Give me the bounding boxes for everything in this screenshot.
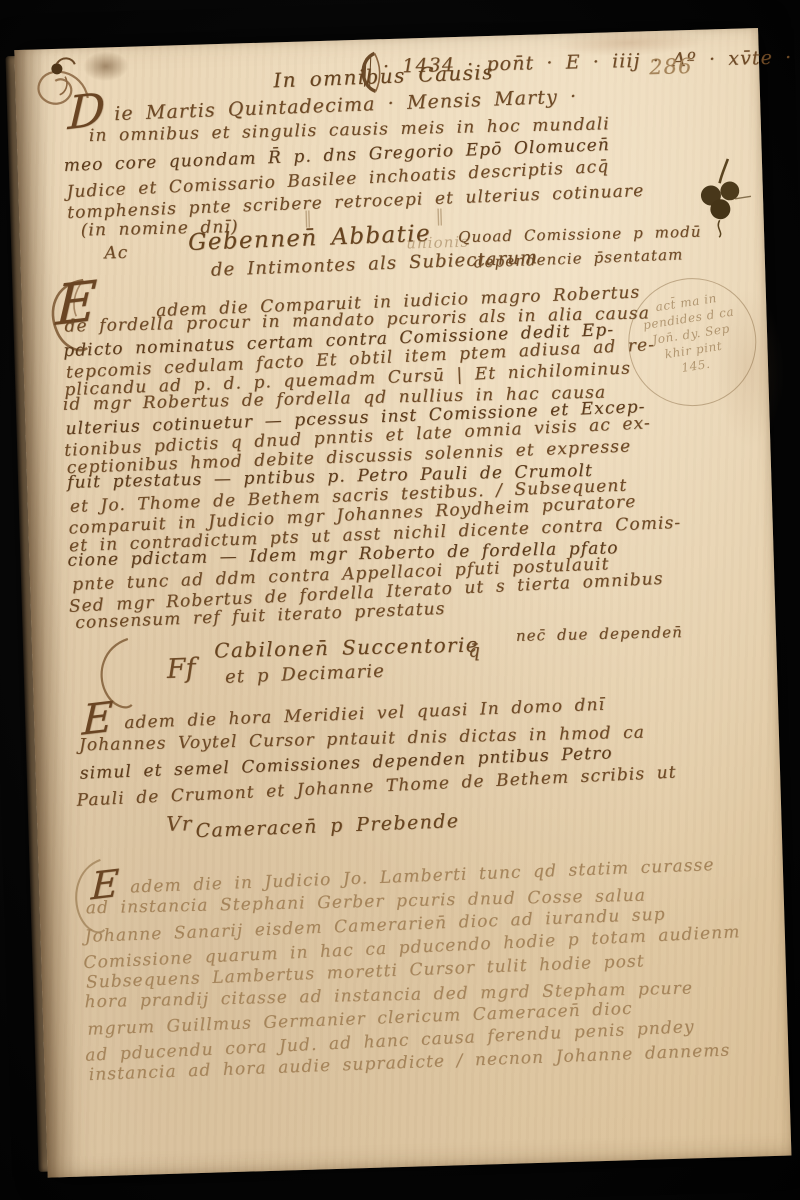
section-title-cabilonen: Cabilonen̄ Succentorie bbox=[214, 632, 479, 662]
folio-number: 286 bbox=[649, 54, 693, 79]
circled-margin-note: act̄ ma in pendides d ca Jon̄. dy. Sep k… bbox=[619, 269, 765, 415]
margin-letter: Vr bbox=[166, 811, 193, 836]
section-subtitle: et p Decimarie bbox=[225, 661, 386, 688]
section-title-in-omnibus-causis: In omnibus Causis bbox=[273, 60, 494, 92]
side-note-line: Quoad Comissione p modū bbox=[458, 223, 702, 247]
margin-letter: Ff bbox=[166, 653, 196, 685]
side-note-line: nec̄ due dependen̄ bbox=[516, 623, 683, 645]
margin-letter: Ac bbox=[104, 243, 128, 264]
slash-mark: ‖ bbox=[435, 206, 445, 226]
side-note-bracket: q̄ bbox=[468, 640, 481, 661]
manuscript-page: · 1434 · pon̄t · E · iiij · Aº · xv̄te ·… bbox=[14, 28, 791, 1178]
manuscript-photo: · 1434 · pon̄t · E · iiij · Aº · xv̄te ·… bbox=[14, 28, 791, 1178]
section-title-cameracen: Cameracen̄ p Prebende bbox=[195, 810, 460, 842]
